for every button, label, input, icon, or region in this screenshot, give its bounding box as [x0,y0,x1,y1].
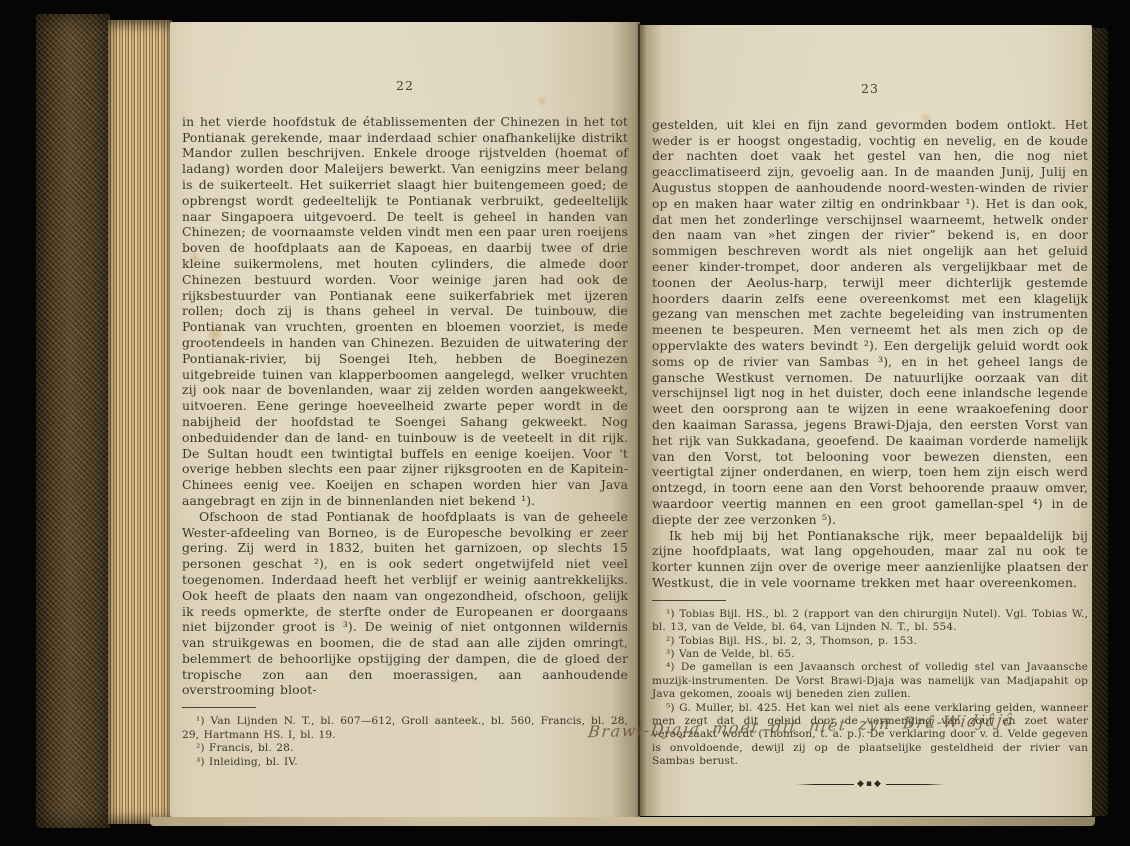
right-page-content: 23 gestelden, uit klei en fijn zand gevo… [652,81,1088,792]
footnote: ²) Tobias Bijl. HS., bl. 2, 3, Thomson, … [652,635,1088,648]
left-page-content: 22 in het vierde hoofdstuk de établissem… [182,78,628,769]
footnote: ¹) Tobias Bijl. HS., bl. 2 (rapport van … [652,608,1088,635]
left-page: 22 in het vierde hoofdstuk de établissem… [170,22,640,817]
footnote: ¹) Van Lijnden N. T., bl. 607—612, Groll… [182,715,628,742]
footnote-rule [182,707,256,708]
right-cover-edge [1092,28,1108,816]
footnote-rule [652,600,726,601]
right-page: 23 gestelden, uit klei en fijn zand gevo… [640,25,1092,816]
ornament-line-left [796,784,854,786]
section-divider-ornament: ◆▪◆ [770,777,970,793]
ornament-glyphs: ◆▪◆ [854,777,886,793]
page-edge-stack [108,20,172,824]
body-paragraph: Ik heb mij bij het Pontianaksche rijk, m… [652,528,1088,591]
footnote: ³) Inleiding, bl. IV. [182,756,628,769]
right-footnotes: ¹) Tobias Bijl. HS., bl. 2 (rapport van … [652,608,1088,769]
body-paragraph: Ofschoon de stad Pontianak de hoofdplaat… [182,509,628,699]
body-paragraph: in het vierde hoofdstuk de établissement… [182,114,628,509]
right-page-number: 23 [652,81,1088,97]
footnote: ³) Van de Velde, bl. 65. [652,648,1088,661]
bottom-page-edge [150,817,1095,826]
left-footnotes: ¹) Van Lijnden N. T., bl. 607—612, Groll… [182,715,628,769]
body-paragraph: gestelden, uit klei en fijn zand gevormd… [652,117,1088,528]
ornament-line-right [886,784,944,786]
left-cover-spine [36,14,110,828]
footnote: ⁴) De gamellan is een Javaansch orchest … [652,661,1088,701]
book-scan: 22 in het vierde hoofdstuk de établissem… [0,0,1130,846]
footnote: ²) Francis, bl. 28. [182,742,628,755]
left-page-number: 22 [182,78,628,94]
